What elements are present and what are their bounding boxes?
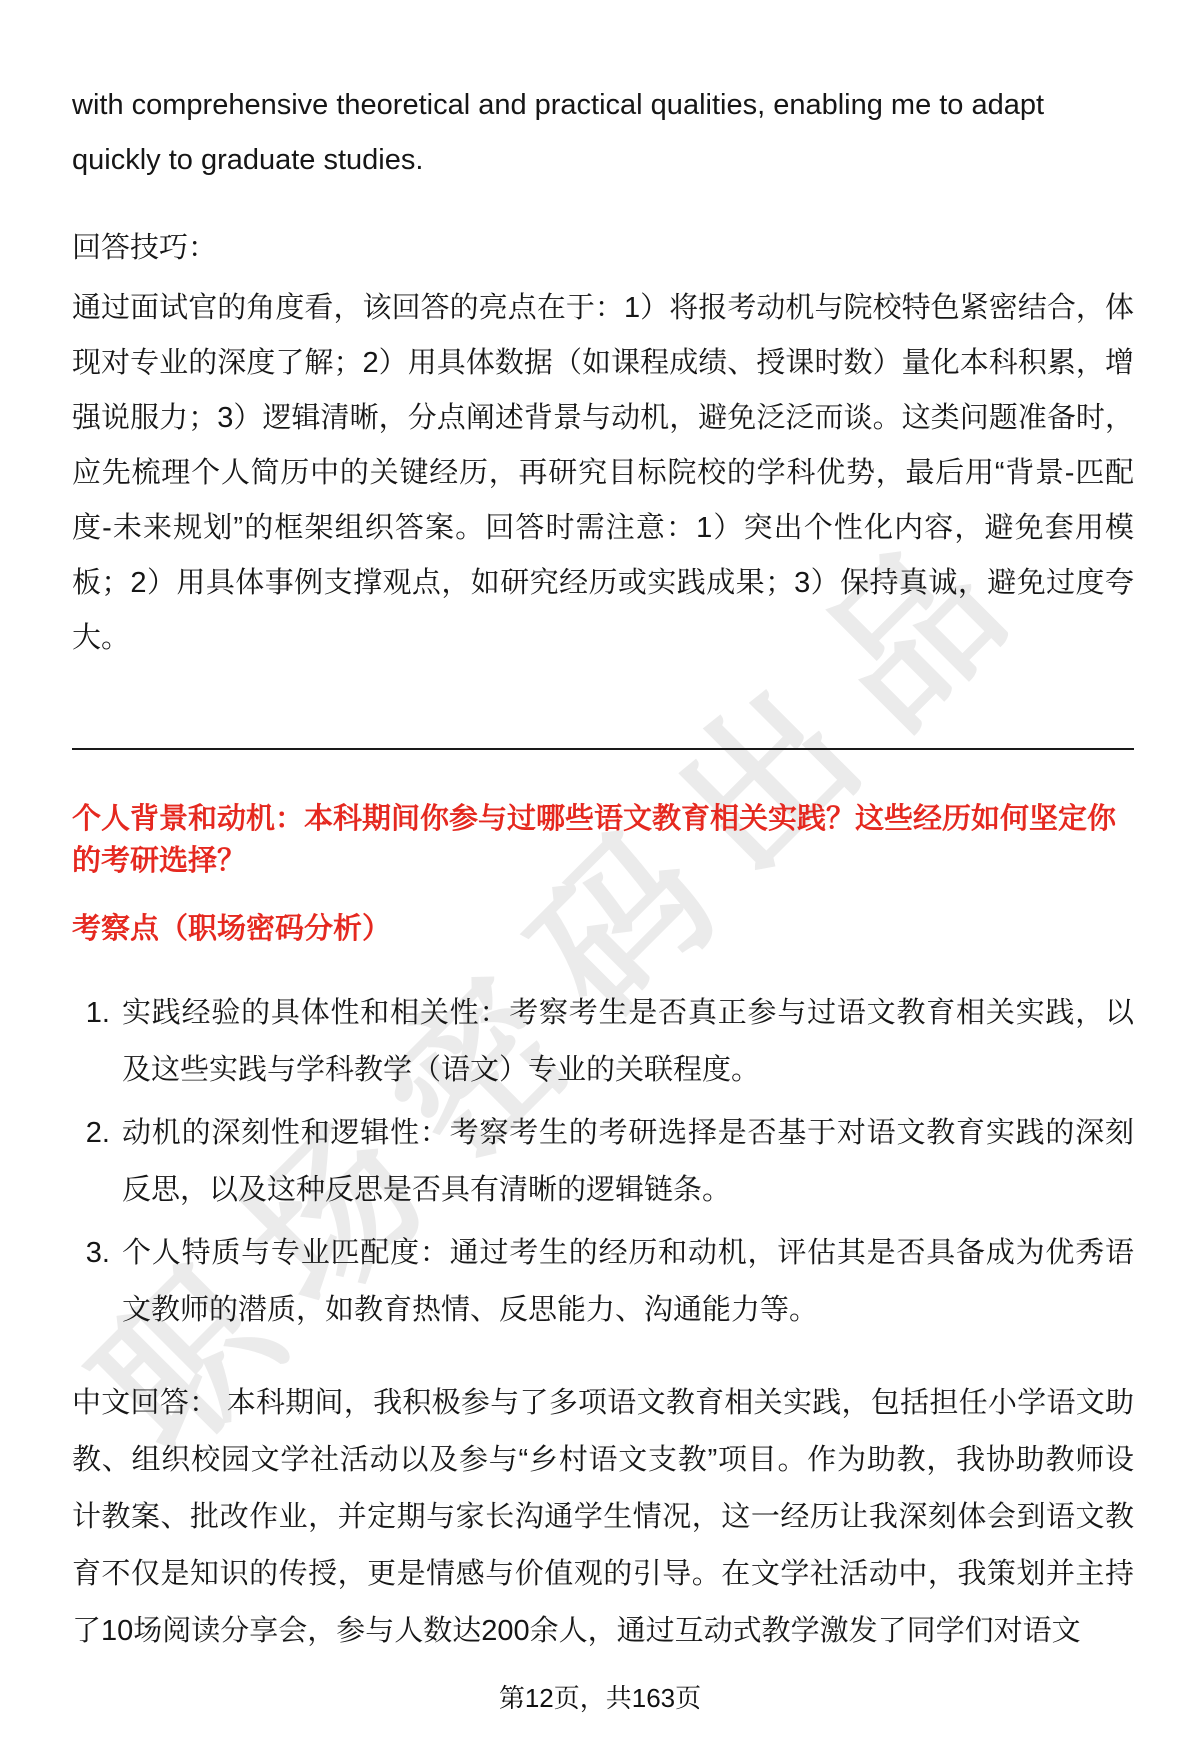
question-heading: 个人背景和动机：本科期间你参与过哪些语文教育相关实践？这些经历如何坚定你的考研选… — [72, 798, 1134, 882]
analysis-heading: 考察点（职场密码分析） — [72, 909, 1134, 949]
chinese-answer-paragraph: 中文回答： 本科期间，我积极参与了多项语文教育相关实践，包括担任小学语文助教、组… — [72, 1375, 1134, 1660]
analysis-point: 个人特质与专业匹配度：通过考生的经历和动机，评估其是否具备成为优秀语文教师的潜质… — [118, 1225, 1134, 1339]
english-paragraph: with comprehensive theoretical and pract… — [72, 78, 1134, 188]
document-page: 职场密码出品 with comprehensive theoretical an… — [0, 0, 1200, 1755]
page-number: 第12页，共163页 — [0, 1678, 1200, 1715]
analysis-points-list: 实践经验的具体性和相关性：考察考生是否真正参与过语文教育相关实践，以及这些实践与… — [72, 985, 1134, 1339]
page-content: with comprehensive theoretical and pract… — [72, 0, 1134, 1660]
chinese-answer-label: 中文回答： — [72, 1387, 218, 1419]
answer-tips-label: 回答技巧： — [72, 221, 1134, 276]
analysis-point: 实践经验的具体性和相关性：考察考生是否真正参与过语文教育相关实践，以及这些实践与… — [118, 985, 1134, 1099]
analysis-point: 动机的深刻性和逻辑性：考察考生的考研选择是否基于对语文教育实践的深刻反思，以及这… — [118, 1105, 1134, 1219]
chinese-answer-text: 本科期间，我积极参与了多项语文教育相关实践，包括担任小学语文助教、组织校园文学社… — [72, 1387, 1134, 1647]
answer-tips-paragraph: 通过面试官的角度看，该回答的亮点在于：1）将报考动机与院校特色紧密结合，体现对专… — [72, 281, 1134, 666]
section-divider — [72, 748, 1134, 750]
